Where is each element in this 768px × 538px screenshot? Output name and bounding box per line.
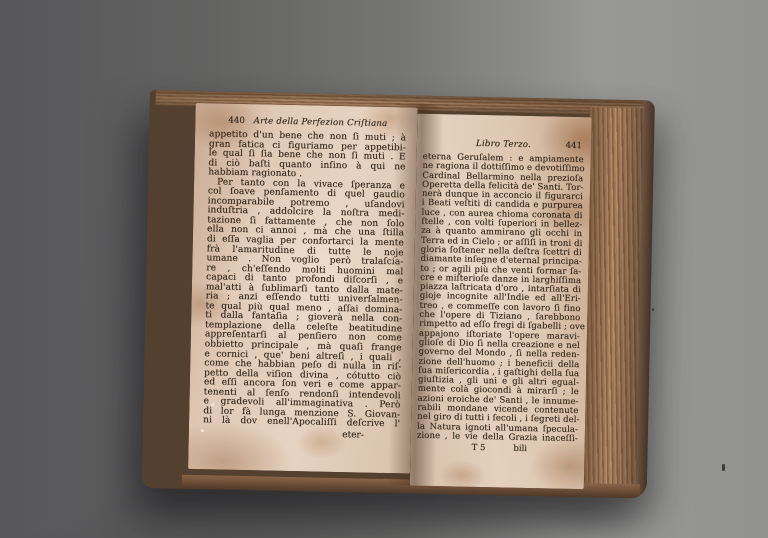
right-signature-line: T 5 bili	[471, 443, 577, 455]
open-book: 440 Arte della Perfezion Criſtiana appet…	[142, 90, 655, 498]
background-speck	[652, 308, 654, 311]
gutter-shadow	[388, 103, 444, 486]
gathering-signature: T 5	[471, 443, 485, 453]
left-running-header: 440 Arte della Perfezion Criſtiana	[209, 115, 406, 129]
right-catchword: bili	[513, 444, 527, 454]
left-page-text: 440 Arte della Perfezion Criſtiana appet…	[203, 115, 407, 441]
left-running-title: Arte della Perfezion Criſtiana	[254, 116, 388, 129]
background-speck	[722, 464, 725, 471]
left-page-lines: appetito d'un bene che non ſi muti ; àgr…	[203, 130, 406, 430]
left-page: 440 Arte della Perfezion Criſtiana appet…	[188, 103, 418, 474]
right-running-title: Libro Terzo.	[476, 139, 531, 150]
right-running-header: Libro Terzo. 441	[423, 138, 584, 151]
text-line: zione , le vie della Grazia inaceſſi-	[417, 432, 578, 445]
right-page-number: 441	[565, 141, 582, 151]
left-page-number: 440	[228, 116, 245, 126]
